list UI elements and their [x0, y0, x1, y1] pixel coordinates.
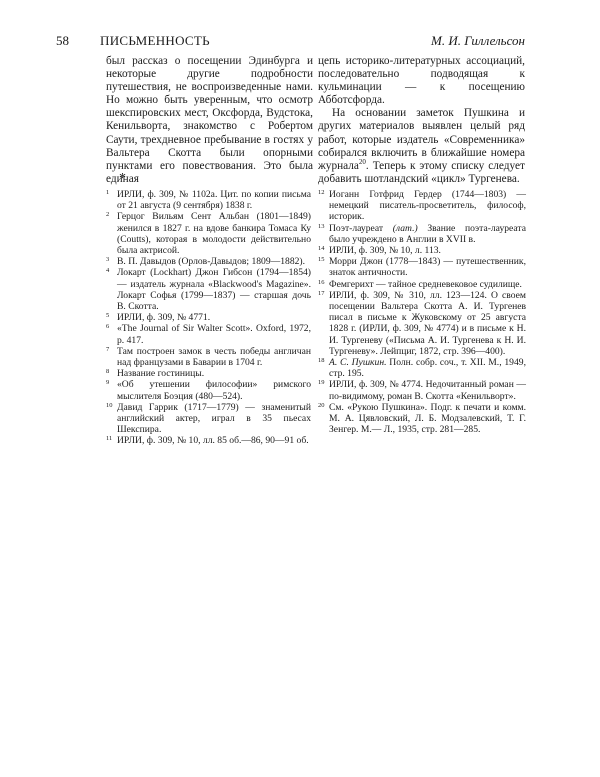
footnote: 4Локарт (Lockhart) Джон Гибсон (1794—185… — [106, 267, 311, 312]
footnote-number: 7 — [106, 344, 109, 355]
section-separator: * — [119, 171, 126, 187]
footnote: 17ИРЛИ, ф. 309, № 310, лл. 123—124. О св… — [318, 290, 526, 357]
running-title: ПИСЬМЕННОСТЬ — [100, 33, 210, 49]
footnote-number: 20 — [318, 400, 325, 411]
footnote-text: ИРЛИ, ф. 309, № 1102а. Цит. по копии пис… — [117, 189, 311, 211]
footnote: 9«Об утешении философии» римского мыслит… — [106, 379, 311, 401]
footnote: 1ИРЛИ, ф. 309, № 1102а. Цит. по копии пи… — [106, 189, 311, 211]
footnote-text: Фемгерихт — тайное средневековое судилищ… — [329, 279, 522, 290]
footnote-reference: 20 — [359, 158, 366, 166]
body-paragraph: цепь историко-литературных ассоциаций, п… — [318, 55, 525, 107]
footnote-number: 5 — [106, 310, 109, 321]
footnotes-right: 12Иоганн Готфрид Гердер (1744—1803) — не… — [318, 189, 526, 435]
footnote-text: Название гостиницы. — [117, 368, 204, 379]
footnote-number: 2 — [106, 209, 109, 220]
footnote-number: 4 — [106, 265, 109, 276]
footnote: 13Поэт-лауреат (лат.) Звание поэта-лауре… — [318, 223, 526, 245]
footnote: 3В. П. Давыдов (Орлов-Давыдов; 1809—1882… — [106, 256, 311, 267]
footnote-number: 8 — [106, 366, 109, 377]
body-paragraph: На основании заметок Пушкина и других ма… — [318, 107, 525, 186]
footnote-number: 16 — [318, 277, 325, 288]
footnote-text: «Об утешении философии» римского мыслите… — [117, 379, 311, 401]
footnote-text: См. «Рукою Пушкина». Подг. к печати и ко… — [329, 402, 526, 435]
footnote: 5ИРЛИ, ф. 309, № 4771. — [106, 312, 311, 323]
footnote-text: ИРЛИ, ф. 309, № 4774. Недочитанный роман… — [329, 379, 526, 401]
footnote: 16Фемгерихт — тайное средневековое судил… — [318, 279, 526, 290]
footnote-text: Герцог Вильям Сент Альбан (1801—1849) же… — [117, 211, 311, 256]
footnote-text: Морри Джон (1778—1843) — путешественник,… — [329, 256, 526, 278]
footnote-number: 19 — [318, 377, 325, 388]
footnote: 8Название гостиницы. — [106, 368, 311, 379]
footnote-text: Локарт (Lockhart) Джон Гибсон (1794—1854… — [117, 267, 311, 312]
footnote-text: Там построен замок в честь победы англич… — [117, 346, 311, 368]
footnote-number: 11 — [106, 433, 112, 444]
footnote-text: Иоганн Готфрид Гердер (1744—1803) — неме… — [329, 189, 526, 222]
footnote-text: ИРЛИ, ф. 309, № 310, лл. 123—124. О свое… — [329, 290, 526, 357]
body-column-left: был рассказ о посещении Эдинбурга и неко… — [106, 55, 313, 186]
footnote-number: 3 — [106, 254, 109, 265]
book-page: 58 ПИСЬМЕННОСТЬ М. И. Гиллельсон был рас… — [0, 0, 600, 777]
footnote-number: 13 — [318, 221, 325, 232]
footnote: 15Морри Джон (1778—1843) — путешественни… — [318, 256, 526, 278]
footnote: 2Герцог Вильям Сент Альбан (1801—1849) ж… — [106, 211, 311, 256]
footnote-text: «The Journal of Sir Walter Scott». Oxfor… — [117, 323, 311, 345]
footnote: 20См. «Рукою Пушкина». Подг. к печати и … — [318, 402, 526, 436]
footnote: 19ИРЛИ, ф. 309, № 4774. Недочитанный ром… — [318, 379, 526, 401]
footnote: 14ИРЛИ, ф. 309, № 10, л. 113. — [318, 245, 526, 256]
footnote-text: ИРЛИ, ф. 309, № 4771. — [117, 312, 210, 323]
footnote-number: 17 — [318, 288, 325, 299]
running-author: М. И. Гиллельсон — [431, 33, 525, 49]
footnote: 12Иоганн Готфрид Гердер (1744—1803) — не… — [318, 189, 526, 223]
footnote-number: 6 — [106, 321, 109, 332]
footnote-number: 18 — [318, 355, 325, 366]
footnote-number: 14 — [318, 243, 325, 254]
footnote-text: В. П. Давыдов (Орлов-Давыдов; 1809—1882)… — [117, 256, 305, 267]
footnote: 18А. С. Пушкин. Полн. собр. соч., т. XII… — [318, 357, 526, 379]
footnotes-left: 1ИРЛИ, ф. 309, № 1102а. Цит. по копии пи… — [106, 189, 311, 447]
footnote-text: Поэт-лауреат — [329, 223, 393, 234]
page-number: 58 — [56, 33, 69, 49]
footnote: 6«The Journal of Sir Walter Scott». Oxfo… — [106, 323, 311, 345]
footnote: 7Там построен замок в честь победы англи… — [106, 346, 311, 368]
body-paragraph: был рассказ о посещении Эдинбурга и неко… — [106, 55, 313, 186]
footnote-number: 12 — [318, 187, 325, 198]
footnote-text: ИРЛИ, ф. 309, № 10, л. 113. — [329, 245, 441, 256]
footnote-number: 1 — [106, 187, 109, 198]
footnote-number: 9 — [106, 377, 109, 388]
footnote-italic-text: (лат.) — [393, 223, 418, 234]
body-column-right: цепь историко-литературных ассоциаций, п… — [318, 55, 525, 186]
footnote-text: ИРЛИ, ф. 309, № 10, лл. 85 об.—86, 90—91… — [117, 435, 309, 446]
footnote-number: 10 — [106, 400, 113, 411]
footnote-text: Давид Гаррик (1717—1779) — знаменитый ан… — [117, 402, 311, 435]
footnote: 10Давид Гаррик (1717—1779) — знаменитый … — [106, 402, 311, 436]
footnote-number: 15 — [318, 254, 325, 265]
footnote-italic-text: А. С. Пушкин. — [329, 357, 387, 368]
footnote: 11ИРЛИ, ф. 309, № 10, лл. 85 об.—86, 90—… — [106, 435, 311, 446]
running-header: 58 ПИСЬМЕННОСТЬ М. И. Гиллельсон — [100, 33, 525, 49]
